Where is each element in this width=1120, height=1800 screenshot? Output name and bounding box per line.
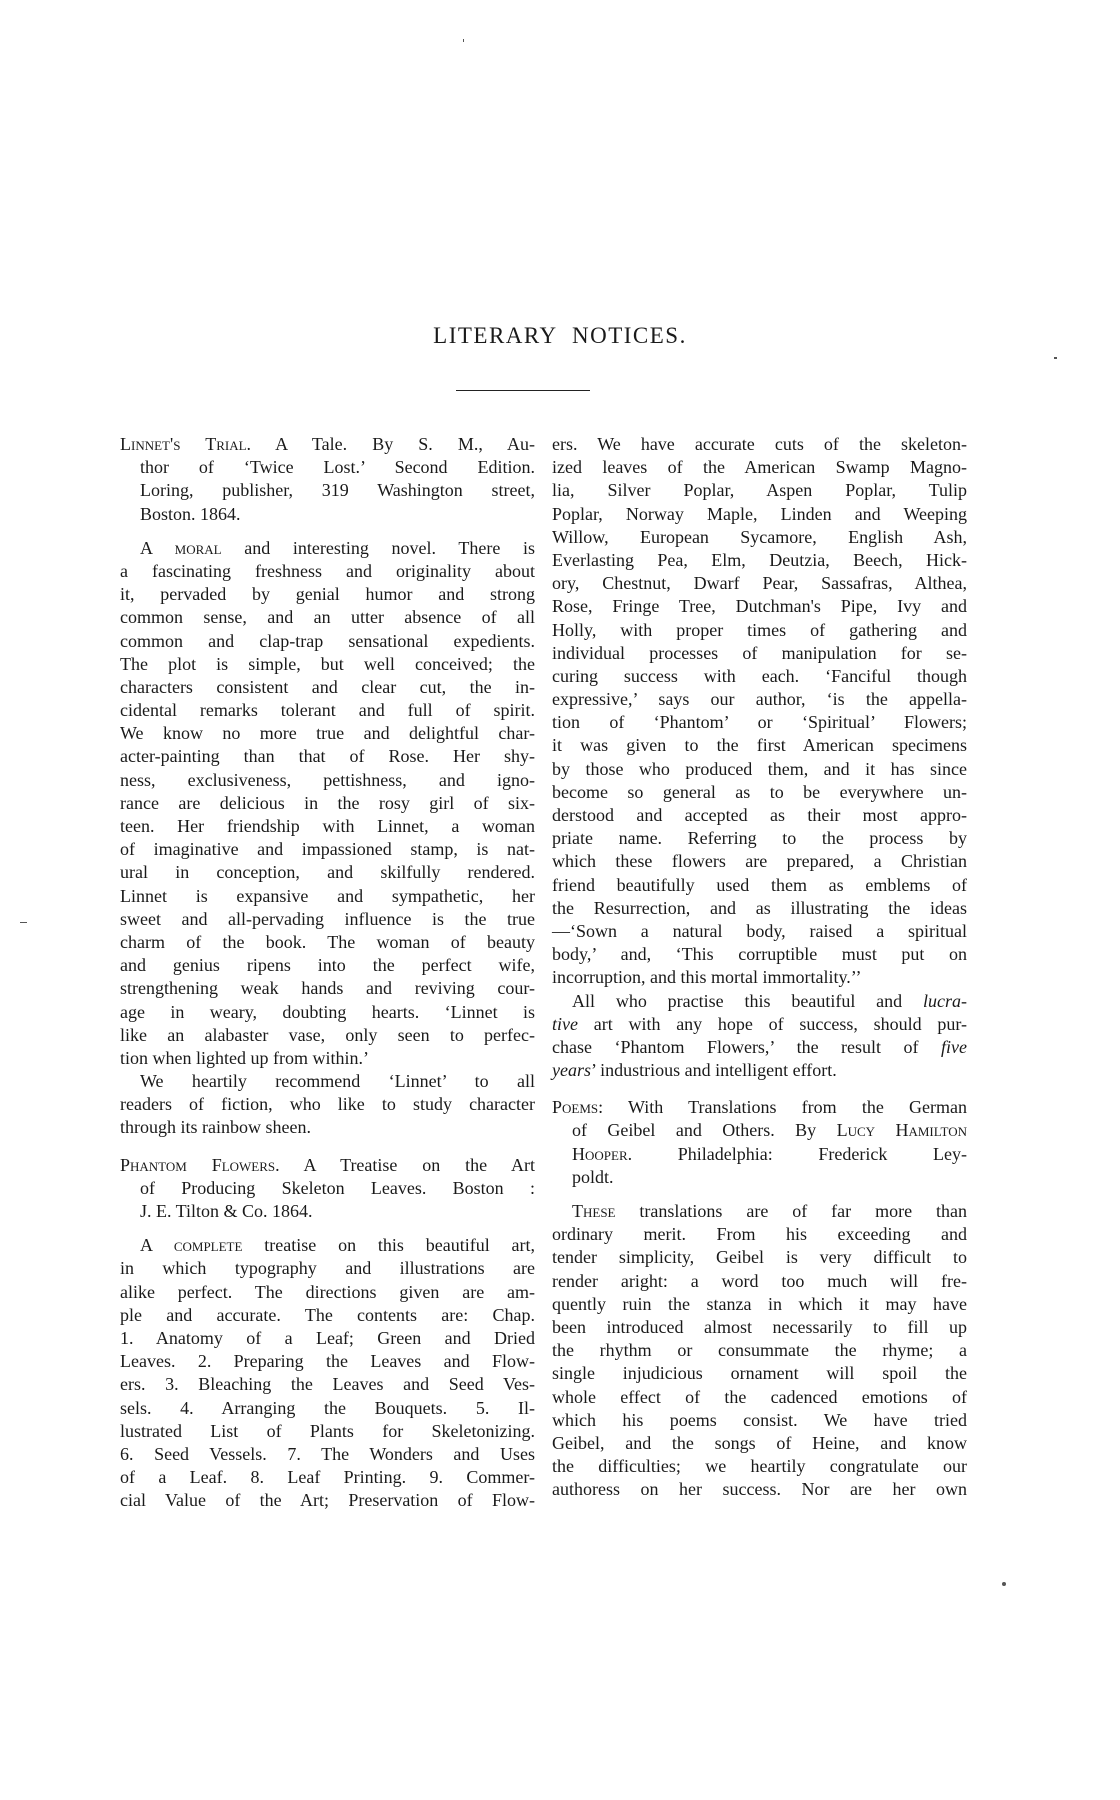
book-title: Poems xyxy=(552,1097,598,1117)
review-paragraph: A moral and interesting novel. There is … xyxy=(120,537,535,1070)
review-paragraph: A complete treatise on this beautiful ar… xyxy=(120,1234,535,1512)
review-paragraph: We heartily recommend ‘Linnet’ to all re… xyxy=(120,1070,535,1140)
right-column: ers. We have accurate cuts of the skelet… xyxy=(552,433,967,1501)
book-title: Phantom Flowers. xyxy=(120,1155,280,1175)
scan-speck xyxy=(463,39,464,42)
review-paragraph: These translations are of far more than … xyxy=(552,1200,967,1501)
scan-speck xyxy=(1054,357,1057,359)
author-name: Lucy Hamilton xyxy=(837,1120,967,1140)
title-divider xyxy=(456,390,590,391)
page-title: LITERARY NOTICES. xyxy=(0,323,1120,349)
notice-phantom-flowers: Phantom Flowers. A Treatise on the Art o… xyxy=(120,1154,535,1513)
scan-speck xyxy=(1002,1582,1006,1586)
notice-heading: Phantom Flowers. A Treatise on the Art o… xyxy=(120,1154,535,1224)
review-paragraph: All who practise this beautiful and lucr… xyxy=(552,990,967,1083)
review-paragraph-continued: ers. We have accurate cuts of the skelet… xyxy=(552,433,967,990)
book-title: Linnet's Trial. xyxy=(120,434,251,454)
notice-linnets-trial: Linnet's Trial. A Tale. By S. M., Au- th… xyxy=(120,433,535,1140)
notice-heading: Poems: With Translations from the German… xyxy=(552,1096,967,1189)
left-column: Linnet's Trial. A Tale. By S. M., Au- th… xyxy=(120,433,535,1512)
notice-poems: Poems: With Translations from the German… xyxy=(552,1096,967,1501)
scan-speck xyxy=(20,922,27,923)
notice-heading: Linnet's Trial. A Tale. By S. M., Au- th… xyxy=(120,433,535,526)
